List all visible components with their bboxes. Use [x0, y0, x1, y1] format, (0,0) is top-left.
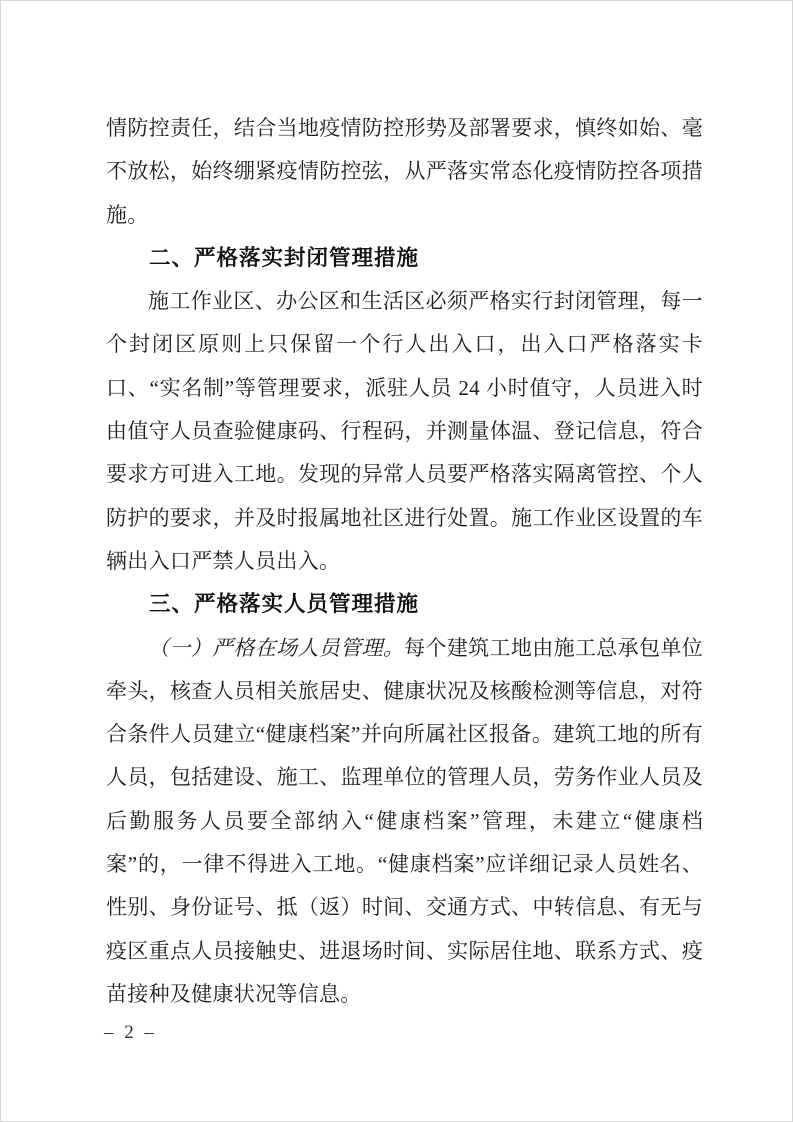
heading-section-2-closed-management: 二、严格落实封闭管理措施 — [106, 237, 703, 280]
document-body: 情防控责任，结合当地疫情防控形势及部署要求，慎终如始、毫不放松，始终绷紧疫情防控… — [106, 107, 703, 1016]
heading-section-3-personnel-management: 三、严格落实人员管理措施 — [106, 583, 703, 626]
document-page: 情防控责任，结合当地疫情防控形势及部署要求，慎终如始、毫不放松，始终绷紧疫情防控… — [0, 0, 793, 1122]
paragraph-lead-item-one: （一）严格在场人员管理。 — [148, 636, 404, 660]
paragraph-personnel-management-text: 每个建筑工地由施工总承包单位牵头，核查人员相关旅居史、健康状况及核酸检测等信息，… — [106, 636, 703, 1006]
page-number: – 2 – — [104, 1021, 157, 1045]
paragraph-continuation: 情防控责任，结合当地疫情防控形势及部署要求，慎终如始、毫不放松，始终绷紧疫情防控… — [106, 107, 703, 237]
paragraph-closed-management: 施工作业区、办公区和生活区必须严格实行封闭管理，每一个封闭区原则上只保留一个行人… — [106, 280, 703, 583]
paragraph-personnel-management: （一）严格在场人员管理。每个建筑工地由施工总承包单位牵头，核查人员相关旅居史、健… — [106, 627, 703, 1017]
